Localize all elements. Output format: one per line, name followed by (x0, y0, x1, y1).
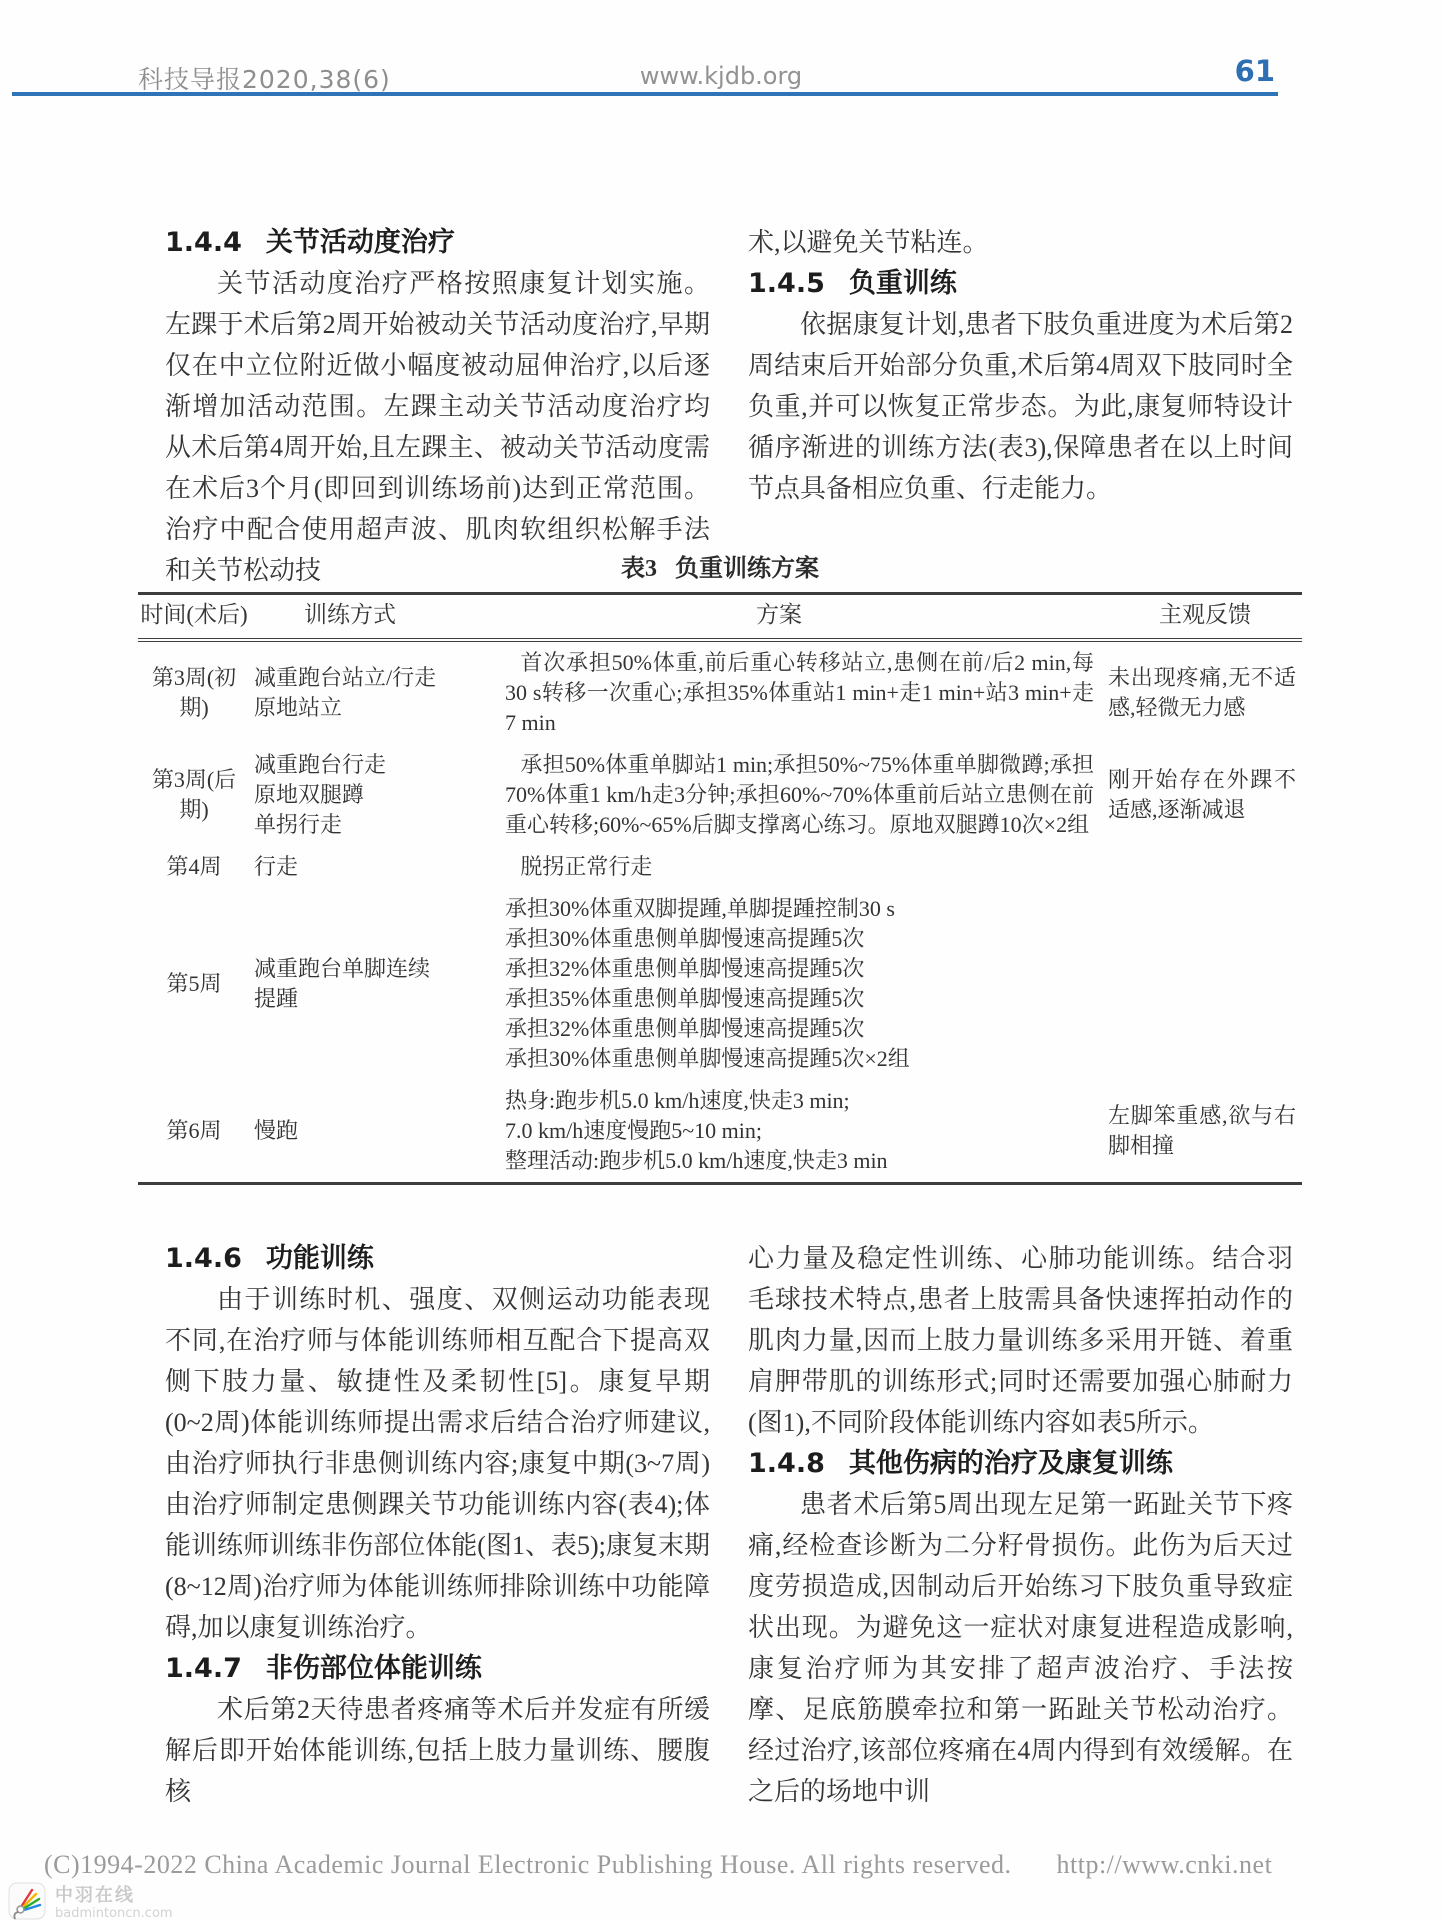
scheme-line: 7.0 km/h速度慢跑5~10 min; (505, 1116, 1094, 1146)
page-number: 61 (1235, 54, 1275, 88)
table-row-week3-early: 第3周(初期) 减重跑台站立/行走 原地站立 首次承担50%体重,前后重心转移站… (138, 640, 1302, 744)
cell-time: 第5周 (138, 888, 250, 1080)
section-heading-1-4-4: 1.4.4关节活动度治疗 (165, 222, 710, 263)
watermark: 中羽在线 badmintoncn.com (8, 1882, 173, 1920)
table-row-week5: 第5周 减重跑台单脚连续提踵 承担30%体重双脚提踵,单脚提踵控制30 s 承担… (138, 888, 1302, 1080)
section-1-4-4-continuation: 术,以避免关节粘连。 (748, 222, 1293, 263)
cell-scheme: 承担50%体重单脚站1 min;承担50%~75%体重单脚微蹲;承担70%体重1… (450, 744, 1108, 846)
footer: (C)1994-2022 China Academic Journal Elec… (44, 1850, 1272, 1880)
col-header-feedback: 主观反馈 (1108, 594, 1302, 641)
scheme-line: 热身:跑步机5.0 km/h速度,快走3 min; (505, 1086, 1094, 1116)
section-heading-1-4-5: 1.4.5负重训练 (748, 263, 1293, 304)
column-top-left: 1.4.4关节活动度治疗 关节活动度治疗严格按照康复计划实施。左踝于术后第2周开… (165, 222, 710, 591)
cell-method: 减重跑台行走 原地双腿蹲 单拐行走 (250, 744, 450, 846)
method-line: 原地站立 (254, 693, 450, 723)
section-title: 负重训练 (849, 268, 957, 299)
column-bottom-left: 1.4.6功能训练 由于训练时机、强度、双侧运动功能表现不同,在治疗师与体能训练… (165, 1238, 710, 1812)
method-line: 单拐行走 (254, 810, 450, 840)
col-header-time: 时间(术后) (138, 594, 250, 641)
section-number: 1.4.4 (165, 227, 242, 258)
scheme-line: 承担32%体重患侧单脚慢速高提踵5次 (505, 954, 1094, 984)
section-title: 功能训练 (266, 1243, 374, 1274)
section-1-4-7-paragraph: 术后第2天待患者疼痛等术后并发症有所缓解后即开始体能训练,包括上肢力量训练、腰腹… (165, 1689, 710, 1812)
section-title: 非伤部位体能训练 (266, 1653, 482, 1684)
cell-time: 第3周(初期) (138, 640, 250, 744)
method-line: 减重跑台站立/行走 (254, 663, 450, 693)
section-heading-1-4-7: 1.4.7非伤部位体能训练 (165, 1648, 710, 1689)
scheme-line: 整理活动:跑步机5.0 km/h速度,快走3 min (505, 1146, 1094, 1176)
watermark-domain: badmintoncn.com (55, 1906, 173, 1920)
section-heading-1-4-6: 1.4.6功能训练 (165, 1238, 710, 1279)
method-line: 慢跑 (254, 1116, 450, 1146)
section-1-4-5-paragraph: 依据康复计划,患者下肢负重进度为术后第2周结束后开始部分负重,术后第4周双下肢同… (748, 304, 1293, 509)
cell-method: 减重跑台单脚连续提踵 (250, 888, 450, 1080)
col-header-scheme: 方案 (450, 594, 1108, 641)
journal-website: www.kjdb.org (0, 62, 1442, 90)
section-1-4-8-paragraph: 患者术后第5周出现左足第一跖趾关节下疼痛,经检查诊断为二分籽骨损伤。此伤为后天过… (748, 1484, 1293, 1812)
cell-method: 慢跑 (250, 1080, 450, 1184)
method-line: 减重跑台单脚连续提踵 (254, 954, 450, 1014)
section-number: 1.4.8 (748, 1448, 825, 1479)
header-divider (12, 92, 1278, 96)
scheme-line: 承担30%体重患侧单脚慢速高提踵5次 (505, 924, 1094, 954)
cell-scheme: 承担30%体重双脚提踵,单脚提踵控制30 s 承担30%体重患侧单脚慢速高提踵5… (450, 888, 1108, 1080)
method-line: 行走 (254, 852, 450, 882)
section-number: 1.4.6 (165, 1243, 242, 1274)
cell-method: 减重跑台站立/行走 原地站立 (250, 640, 450, 744)
scheme-line: 承担32%体重患侧单脚慢速高提踵5次 (505, 1014, 1094, 1044)
section-1-4-4-paragraph: 关节活动度治疗严格按照康复计划实施。左踝于术后第2周开始被动关节活动度治疗,早期… (165, 263, 710, 591)
scheme-line: 承担30%体重患侧单脚慢速高提踵5次×2组 (505, 1044, 1094, 1074)
method-line: 原地双腿蹲 (254, 780, 450, 810)
section-heading-1-4-8: 1.4.8其他伤病的治疗及康复训练 (748, 1443, 1293, 1484)
cell-scheme: 热身:跑步机5.0 km/h速度,快走3 min; 7.0 km/h速度慢跑5~… (450, 1080, 1108, 1184)
section-1-4-6-paragraph: 由于训练时机、强度、双侧运动功能表现不同,在治疗师与体能训练师相互配合下提高双侧… (165, 1279, 710, 1648)
column-top-right: 术,以避免关节粘连。 1.4.5负重训练 依据康复计划,患者下肢负重进度为术后第… (748, 222, 1293, 509)
cell-time: 第3周(后期) (138, 744, 250, 846)
section-number: 1.4.5 (748, 268, 825, 299)
table3-block: 表3负重训练方案 时间(术后) 训练方式 方案 主观反馈 第3周(初期) 减重跑… (138, 548, 1302, 1185)
cell-feedback: 未出现疼痛,无不适感,轻微无力感 (1108, 640, 1302, 744)
journal-page: 科技导报2020,38(6) www.kjdb.org 61 1.4.4关节活动… (0, 0, 1442, 1920)
col-header-method: 训练方式 (250, 594, 450, 641)
weight-training-table: 时间(术后) 训练方式 方案 主观反馈 第3周(初期) 减重跑台站立/行走 原地… (138, 592, 1302, 1185)
footer-url: http://www.cnki.net (1057, 1850, 1273, 1879)
watermark-name: 中羽在线 (55, 1886, 173, 1906)
cell-scheme: 脱拐正常行走 (450, 846, 1108, 888)
table-title: 负重训练方案 (675, 556, 819, 582)
section-title: 其他伤病的治疗及康复训练 (849, 1448, 1173, 1479)
cell-time: 第6周 (138, 1080, 250, 1184)
watermark-text: 中羽在线 badmintoncn.com (55, 1886, 173, 1920)
cell-method: 行走 (250, 846, 450, 888)
table-row-week3-late: 第3周(后期) 减重跑台行走 原地双腿蹲 单拐行走 承担50%体重单脚站1 mi… (138, 744, 1302, 846)
scheme-line: 承担35%体重患侧单脚慢速高提踵5次 (505, 984, 1094, 1014)
table-label: 表3 (621, 556, 657, 582)
scheme-line: 承担30%体重双脚提踵,单脚提踵控制30 s (505, 894, 1094, 924)
footer-copyright: (C)1994-2022 China Academic Journal Elec… (44, 1850, 1012, 1879)
cell-feedback: 刚开始存在外踝不适感,逐渐减退 (1108, 744, 1302, 846)
column-bottom-right: 心力量及稳定性训练、心肺功能训练。结合羽毛球技术特点,患者上肢需具备快速挥拍动作… (748, 1238, 1293, 1812)
table-caption: 表3负重训练方案 (138, 548, 1302, 583)
section-title: 关节活动度治疗 (266, 227, 455, 258)
cell-feedback (1108, 846, 1302, 888)
method-line: 减重跑台行走 (254, 750, 450, 780)
table-header-row: 时间(术后) 训练方式 方案 主观反馈 (138, 594, 1302, 641)
cell-feedback: 左脚笨重感,欲与右脚相撞 (1108, 1080, 1302, 1184)
cell-time: 第4周 (138, 846, 250, 888)
table-row-week4: 第4周 行走 脱拐正常行走 (138, 846, 1302, 888)
shuttlecock-logo-icon (8, 1882, 46, 1920)
table-row-week6: 第6周 慢跑 热身:跑步机5.0 km/h速度,快走3 min; 7.0 km/… (138, 1080, 1302, 1184)
section-1-4-7-continuation: 心力量及稳定性训练、心肺功能训练。结合羽毛球技术特点,患者上肢需具备快速挥拍动作… (748, 1238, 1293, 1443)
cell-scheme: 首次承担50%体重,前后重心转移站立,患侧在前/后2 min,每30 s转移一次… (450, 640, 1108, 744)
section-number: 1.4.7 (165, 1653, 242, 1684)
cell-feedback (1108, 888, 1302, 1080)
